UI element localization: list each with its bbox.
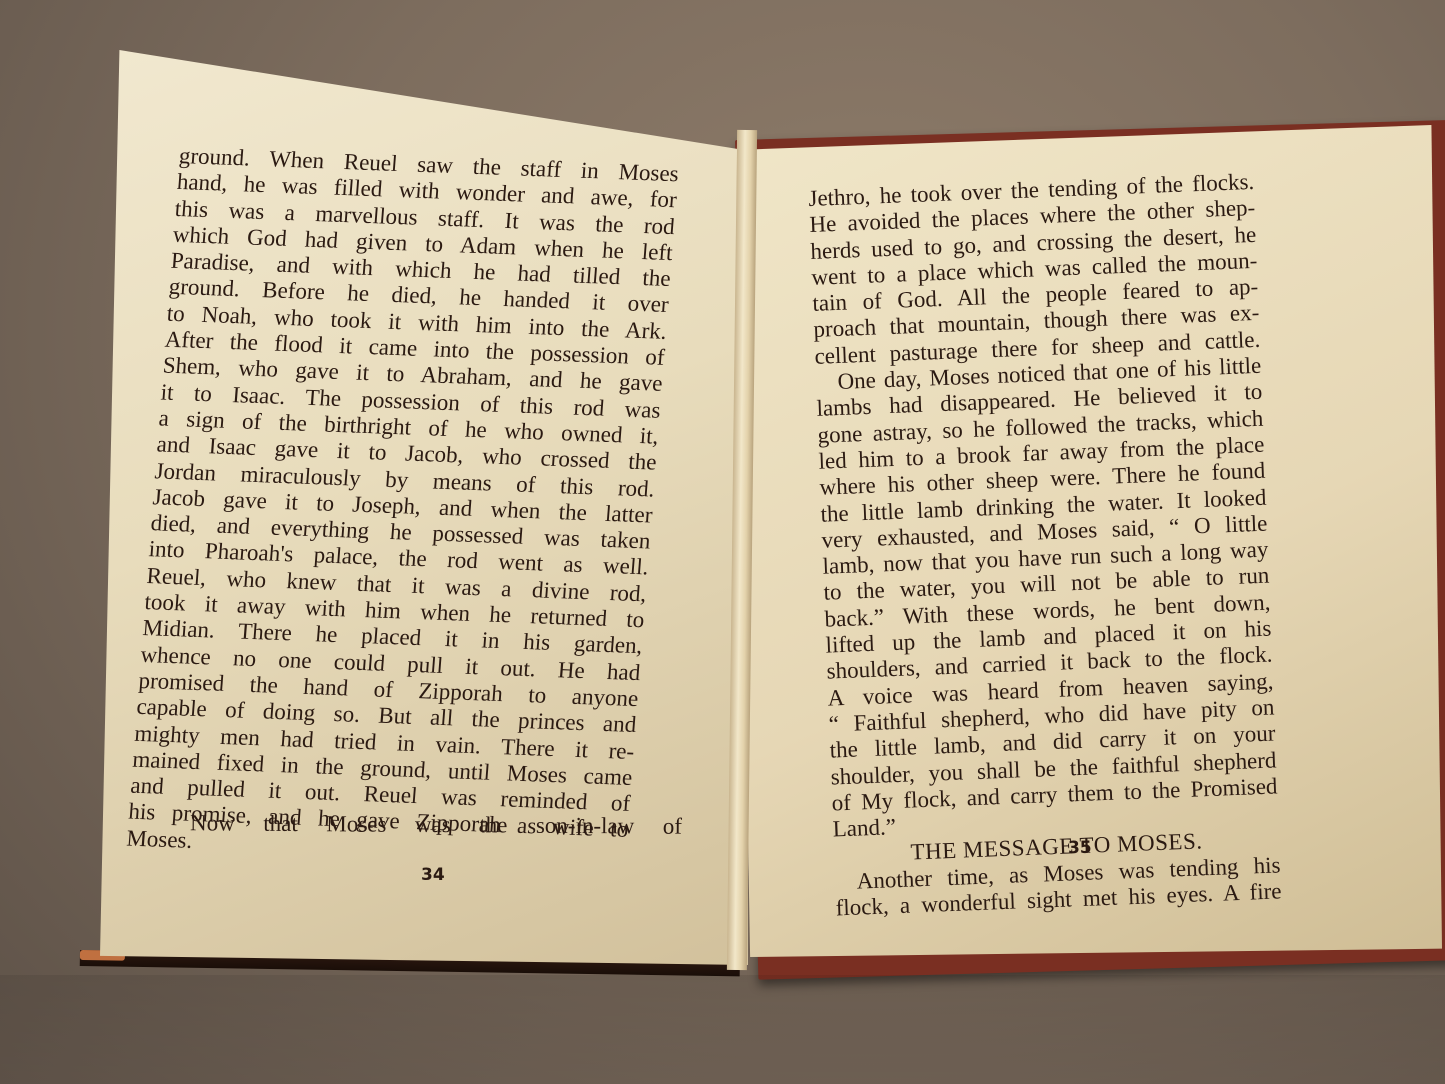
left-page-closing-line: Now that Moses was the son-in-law of [190,810,682,839]
page-number-left: 34 [421,865,445,885]
left-page-body: ground. When Reuel saw the staff in Mose… [125,143,679,870]
photo-scene: ground. When Reuel saw the staff in Mose… [0,0,1445,1084]
page-number-right: 35 [1068,838,1092,858]
table-shadow [0,975,1445,1084]
right-page-body: Jethro, he took over the tending of the … [808,169,1282,922]
